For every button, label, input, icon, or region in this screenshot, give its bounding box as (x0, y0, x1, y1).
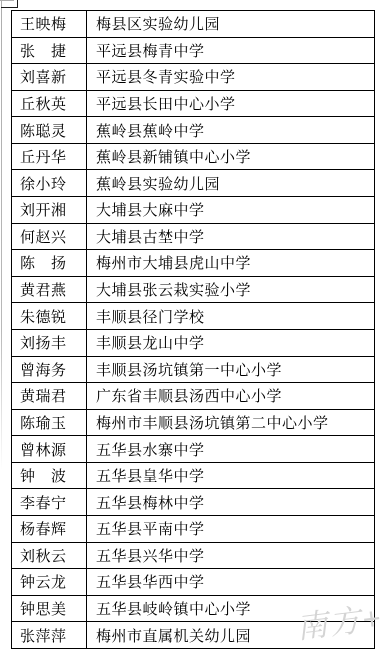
table-row: 杨春辉 五华县平南中学 (12, 516, 374, 543)
table-row: 钟云龙 五华县华西中学 (12, 569, 374, 596)
teacher-roster-table: 王映梅 梅县区实验幼儿园 张 捷 平远县梅青中学 刘喜新 平远县冬青实验中学 丘… (11, 10, 375, 649)
teacher-name-cell: 朱德锐 (12, 303, 87, 329)
teacher-name-cell: 陈聪灵 (12, 117, 87, 143)
school-name-cell: 平远县冬青实验中学 (87, 64, 374, 90)
teacher-name-cell: 陈瑜玉 (12, 410, 87, 436)
page-edge-line (1, 0, 2, 470)
teacher-name-cell: 刘开湘 (12, 197, 87, 223)
school-name-cell: 五华县梅林中学 (87, 489, 374, 515)
school-name-cell: 蕉岭县新铺镇中心小学 (87, 144, 374, 170)
teacher-name-cell: 丘丹华 (12, 144, 87, 170)
school-name-cell: 丰顺县龙山中学 (87, 330, 374, 356)
table-row: 曾林源 五华县水寨中学 (12, 436, 374, 463)
table-row: 曾海务 丰顺县汤坑镇第一中心小学 (12, 357, 374, 384)
cropped-row-fragment-horizontal (1, 7, 18, 8)
school-name-cell: 大埔县张云栽实验小学 (87, 277, 374, 303)
teacher-name-cell: 曾林源 (12, 436, 87, 462)
teacher-name-cell: 何赵兴 (12, 224, 87, 250)
school-name-cell: 梅州市直属机关幼儿园 (87, 622, 374, 648)
teacher-name-cell: 曾海务 (12, 357, 87, 383)
school-name-cell: 五华县皇华中学 (87, 463, 374, 489)
teacher-name-cell: 李春宁 (12, 489, 87, 515)
school-name-cell: 梅州市大埔县虎山中学 (87, 250, 374, 276)
table-row: 徐小玲 蕉岭县实验幼儿园 (12, 170, 374, 197)
teacher-name-cell: 钟 波 (12, 463, 87, 489)
school-name-cell: 蕉岭县实验幼儿园 (87, 170, 374, 196)
school-name-cell: 平远县长田中心小学 (87, 91, 374, 117)
teacher-name-cell: 陈 扬 (12, 250, 87, 276)
school-name-cell: 五华县岐岭镇中心小学 (87, 596, 374, 622)
teacher-name-cell: 黄君燕 (12, 277, 87, 303)
table-row: 陈瑜玉 梅州市丰顺县汤坑镇第二中心小学 (12, 410, 374, 437)
table-row: 李春宁 五华县梅林中学 (12, 489, 374, 516)
teacher-name-cell: 丘秋英 (12, 91, 87, 117)
school-name-cell: 梅县区实验幼儿园 (87, 11, 374, 37)
page-edge-top-line (0, 0, 14, 1)
table-row: 钟思美 五华县岐岭镇中心小学 (12, 596, 374, 623)
table-row: 刘开湘 大埔县大麻中学 (12, 197, 374, 224)
school-name-cell: 梅州市丰顺县汤坑镇第二中心小学 (87, 410, 374, 436)
table-row: 刘喜新 平远县冬青实验中学 (12, 64, 374, 91)
school-name-cell: 丰顺县汤坑镇第一中心小学 (87, 357, 374, 383)
school-name-cell: 丰顺县径门学校 (87, 303, 374, 329)
teacher-name-cell: 刘扬丰 (12, 330, 87, 356)
table-row: 黄瑞君 广东省丰顺县汤西中心小学 (12, 383, 374, 410)
teacher-name-cell: 刘喜新 (12, 64, 87, 90)
teacher-name-cell: 钟云龙 (12, 569, 87, 595)
cropped-row-fragment-vertical (17, 0, 18, 7)
school-name-cell: 五华县平南中学 (87, 516, 374, 542)
table-row: 王映梅 梅县区实验幼儿园 (12, 11, 374, 38)
teacher-name-cell: 钟思美 (12, 596, 87, 622)
teacher-name-cell: 徐小玲 (12, 170, 87, 196)
table-row: 刘秋云 五华县兴华中学 (12, 543, 374, 570)
table-row: 丘丹华 蕉岭县新铺镇中心小学 (12, 144, 374, 171)
school-name-cell: 平远县梅青中学 (87, 38, 374, 64)
table-row: 刘扬丰 丰顺县龙山中学 (12, 330, 374, 357)
school-name-cell: 大埔县古埜中学 (87, 224, 374, 250)
school-name-cell: 五华县兴华中学 (87, 543, 374, 569)
teacher-name-cell: 黄瑞君 (12, 383, 87, 409)
table-row: 张萍萍 梅州市直属机关幼儿园 (12, 622, 374, 648)
table-row: 丘秋英 平远县长田中心小学 (12, 91, 374, 118)
school-name-cell: 大埔县大麻中学 (87, 197, 374, 223)
table-row: 钟 波 五华县皇华中学 (12, 463, 374, 490)
school-name-cell: 五华县华西中学 (87, 569, 374, 595)
table-row: 黄君燕 大埔县张云栽实验小学 (12, 277, 374, 304)
school-name-cell: 五华县水寨中学 (87, 436, 374, 462)
table-row: 朱德锐 丰顺县径门学校 (12, 303, 374, 330)
school-name-cell: 蕉岭县蕉岭中学 (87, 117, 374, 143)
teacher-name-cell: 张 捷 (12, 38, 87, 64)
school-name-cell: 广东省丰顺县汤西中心小学 (87, 383, 374, 409)
table-row: 陈 扬 梅州市大埔县虎山中学 (12, 250, 374, 277)
table-row: 何赵兴 大埔县古埜中学 (12, 224, 374, 251)
teacher-name-cell: 王映梅 (12, 11, 87, 37)
teacher-name-cell: 刘秋云 (12, 543, 87, 569)
teacher-name-cell: 张萍萍 (12, 622, 87, 648)
teacher-name-cell: 杨春辉 (12, 516, 87, 542)
table-row: 张 捷 平远县梅青中学 (12, 38, 374, 65)
table-row: 陈聪灵 蕉岭县蕉岭中学 (12, 117, 374, 144)
